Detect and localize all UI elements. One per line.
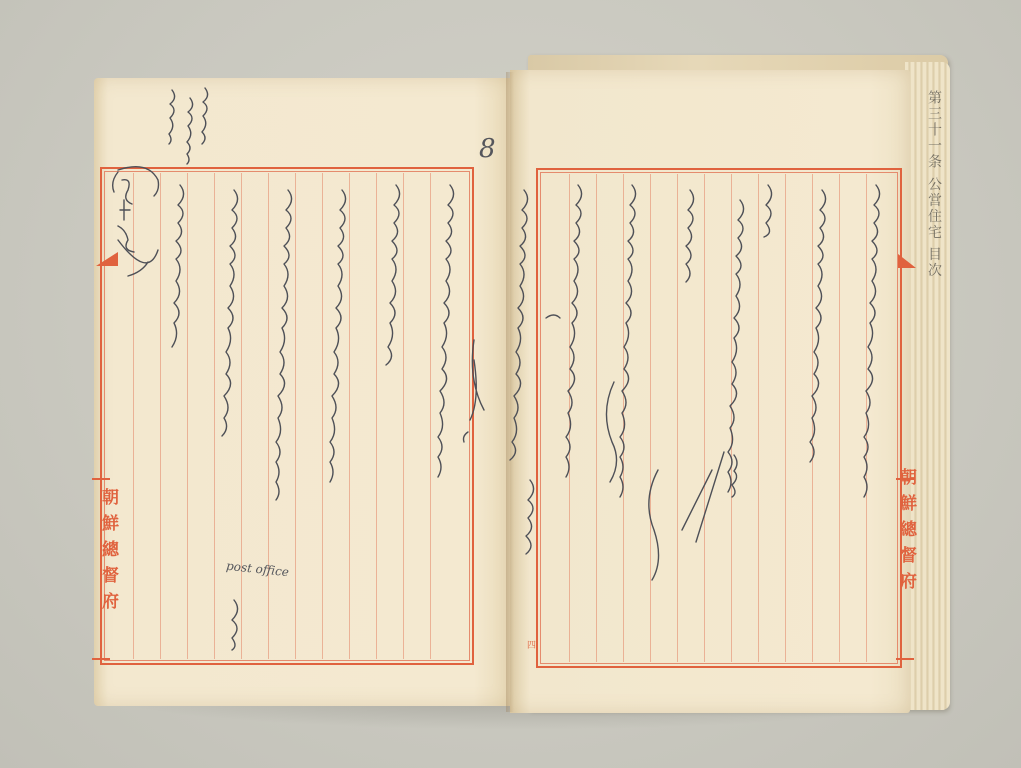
right-column-rules — [542, 174, 896, 662]
left-column-rules — [106, 173, 468, 659]
right-margin-label: 朝鮮總督府 — [894, 468, 919, 598]
right-fold-marker — [898, 254, 916, 268]
spine-label: 第三十一条 公営住宅 目次 — [922, 90, 944, 279]
handwritten-page-number: 8 — [479, 134, 496, 164]
sheet-number: 四 — [524, 640, 537, 649]
left-margin-label: 朝鮮總督府 — [96, 488, 121, 618]
right-label-tick-top — [896, 478, 914, 480]
left-label-tick-top — [92, 478, 110, 480]
left-fold-marker — [96, 252, 118, 266]
right-label-tick-bottom — [896, 658, 914, 660]
left-label-tick-bottom — [92, 658, 110, 660]
left-ruled-frame — [100, 167, 474, 665]
right-ruled-frame — [536, 168, 902, 668]
book-gutter — [506, 72, 514, 712]
